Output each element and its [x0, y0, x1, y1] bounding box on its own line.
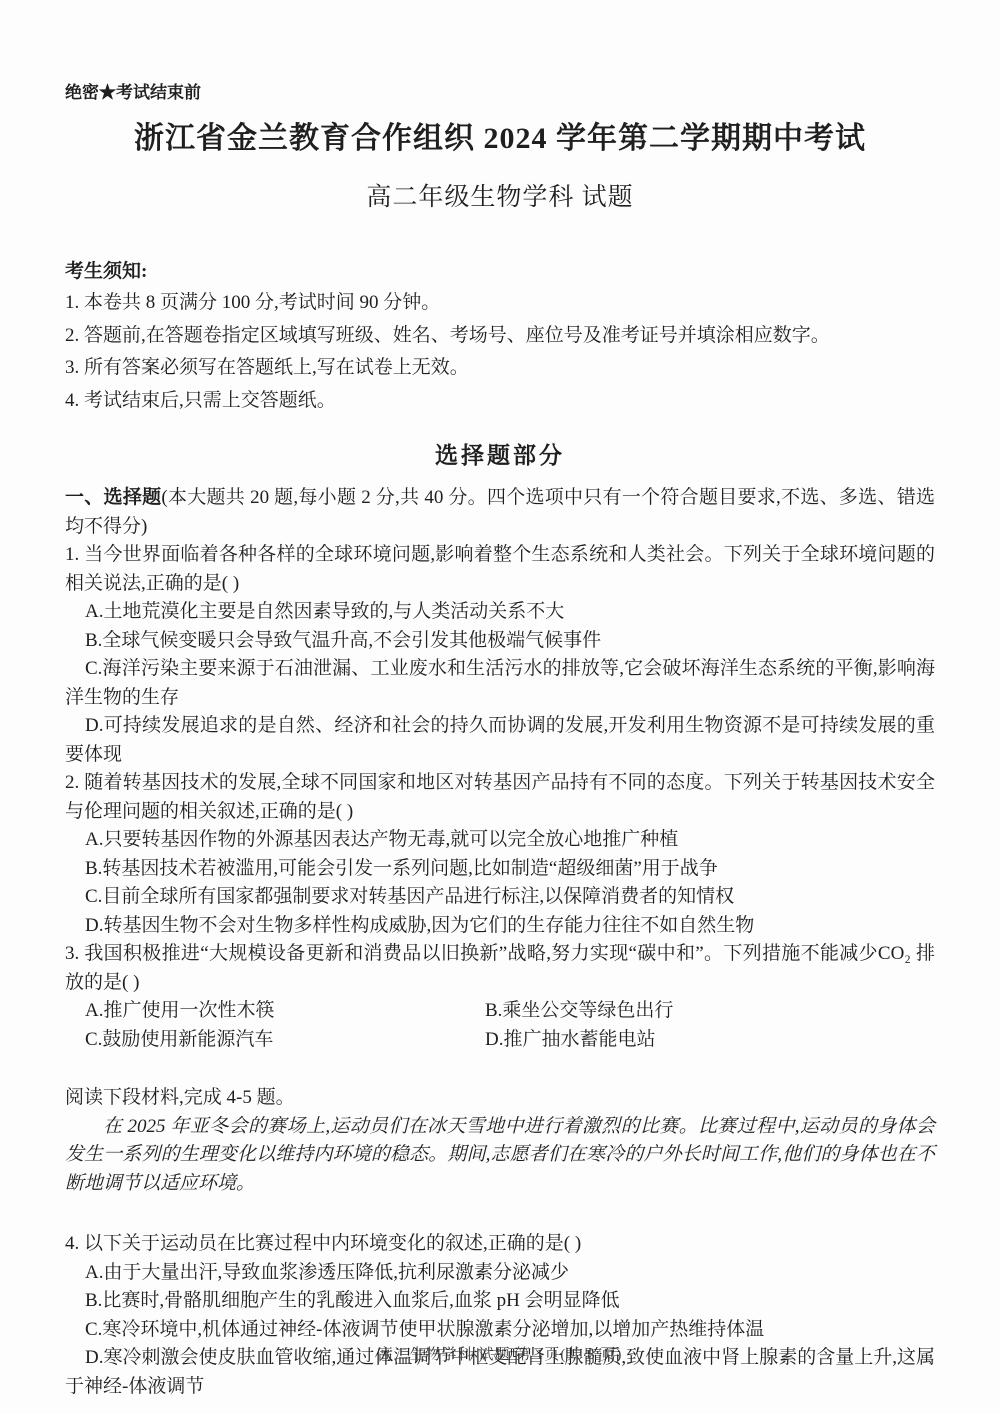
question-1-option-a: A.土地荒漠化主要是自然因素导致的,与人类活动关系不大	[65, 598, 935, 627]
question-1-option-b: B.全球气候变暖只会导致气温升高,不会引发其他极端气候事件	[65, 627, 935, 656]
section-intro-rest: (本大题共 20 题,每小题 2 分,共 40 分。四个选项中只有一个符合题目要…	[65, 487, 935, 537]
question-3-option-a: A.推广使用一次性木筷	[85, 997, 485, 1026]
question-2-option-c: C.目前全球所有国家都强制要求对转基因产品进行标注,以保障消费者的知情权	[65, 883, 935, 912]
question-1-stem: 1. 当今世界面临着各种各样的全球环境问题,影响着整个生态系统和人类社会。下列关…	[65, 541, 935, 598]
question-3-options: A.推广使用一次性木筷 B.乘坐公交等绿色出行 C.鼓励使用新能源汽车 D.推广…	[65, 997, 935, 1054]
notice-item-3: 3. 所有答案必须写在答题纸上,写在试卷上无效。	[65, 352, 935, 385]
question-2-option-a: A.只要转基因作物的外源基因表达产物无毒,就可以完全放心地推广种植	[65, 826, 935, 855]
question-4: 4. 以下关于运动员在比赛过程中内环境变化的叙述,正确的是( ) A.由于大量出…	[65, 1230, 935, 1401]
question-3: 3. 我国积极推进“大规模设备更新和消费品以旧换新”战略,努力实现“碳中和”。下…	[65, 940, 935, 1054]
notice-heading: 考生须知:	[65, 257, 935, 287]
question-2-stem: 2. 随着转基因技术的发展,全球不同国家和地区对转基因产品持有不同的态度。下列关…	[65, 769, 935, 826]
question-4-option-c: C.寒冷环境中,机体通过神经-体液调节使甲状腺激素分泌增加,以增加产热维持体温	[65, 1316, 935, 1345]
notice-item-1: 1. 本卷共 8 页满分 100 分,考试时间 90 分钟。	[65, 287, 935, 320]
question-1-option-d: D.可持续发展追求的是自然、经济和社会的持久而协调的发展,开发利用生物资源不是可…	[65, 712, 935, 769]
page-subtitle: 高二年级生物学科 试题	[65, 177, 935, 213]
question-4-option-a: A.由于大量出汗,导致血浆渗透压降低,抗利尿激素分泌减少	[65, 1259, 935, 1288]
question-4-stem: 4. 以下关于运动员在比赛过程中内环境变化的叙述,正确的是( )	[65, 1230, 935, 1259]
notice-section: 考生须知: 1. 本卷共 8 页满分 100 分,考试时间 90 分钟。 2. …	[65, 257, 935, 417]
question-3-option-c: C.鼓励使用新能源汽车	[85, 1026, 485, 1055]
question-2: 2. 随着转基因技术的发展,全球不同国家和地区对转基因产品持有不同的态度。下列关…	[65, 769, 935, 940]
reading-intro: 阅读下段材料,完成 4-5 题。	[65, 1084, 935, 1113]
section-intro: 一、选择题(本大题共 20 题,每小题 2 分,共 40 分。四个选项中只有一个…	[65, 484, 935, 541]
section-heading: 选择题部分	[65, 437, 935, 470]
page-title: 浙江省金兰教育合作组织 2024 学年第二学期期中考试	[65, 113, 935, 157]
reading-material-text: 在 2025 年亚冬会的赛场上,运动员们在冰天雪地中进行着激烈的比赛。比赛过程中…	[65, 1113, 935, 1199]
question-3-stem: 3. 我国积极推进“大规模设备更新和消费品以旧换新”战略,努力实现“碳中和”。下…	[65, 940, 935, 997]
question-3-option-d: D.推广抽水蓄能电站	[485, 1026, 935, 1055]
classification-label: 绝密★考试结束前	[65, 78, 935, 103]
question-2-option-b: B.转基因技术若被滥用,可能会引发一系列问题,比如制造“超级细菌”用于战争	[65, 855, 935, 884]
question-4-option-b: B.比赛时,骨骼肌细胞产生的乳酸进入血浆后,血浆 pH 会明显降低	[65, 1287, 935, 1316]
question-1: 1. 当今世界面临着各种各样的全球环境问题,影响着整个生态系统和人类社会。下列关…	[65, 541, 935, 769]
question-3-option-b: B.乘坐公交等绿色出行	[485, 997, 935, 1026]
notice-item-2: 2. 答题前,在答题卷指定区域填写班级、姓名、考场号、座位号及准考证号并填涂相应…	[65, 320, 935, 353]
question-2-option-d: D.转基因生物不会对生物多样性构成威胁,因为它们的生存能力往往不如自然生物	[65, 912, 935, 941]
question-1-option-c: C.海洋污染主要来源于石油泄漏、工业废水和生活污水的排放等,它会破坏海洋生态系统…	[65, 655, 935, 712]
section-intro-lead: 一、选择题	[65, 487, 161, 508]
exam-page: 绝密★考试结束前 浙江省金兰教育合作组织 2024 学年第二学期期中考试 高二年…	[0, 0, 1000, 1414]
page-footer: 高二生物学科 试题 第 1页(共 8 页)	[0, 1343, 1000, 1364]
notice-item-4: 4. 考试结束后,只需上交答题纸。	[65, 385, 935, 418]
reading-material-block: 阅读下段材料,完成 4-5 题。 在 2025 年亚冬会的赛场上,运动员们在冰天…	[65, 1084, 935, 1198]
